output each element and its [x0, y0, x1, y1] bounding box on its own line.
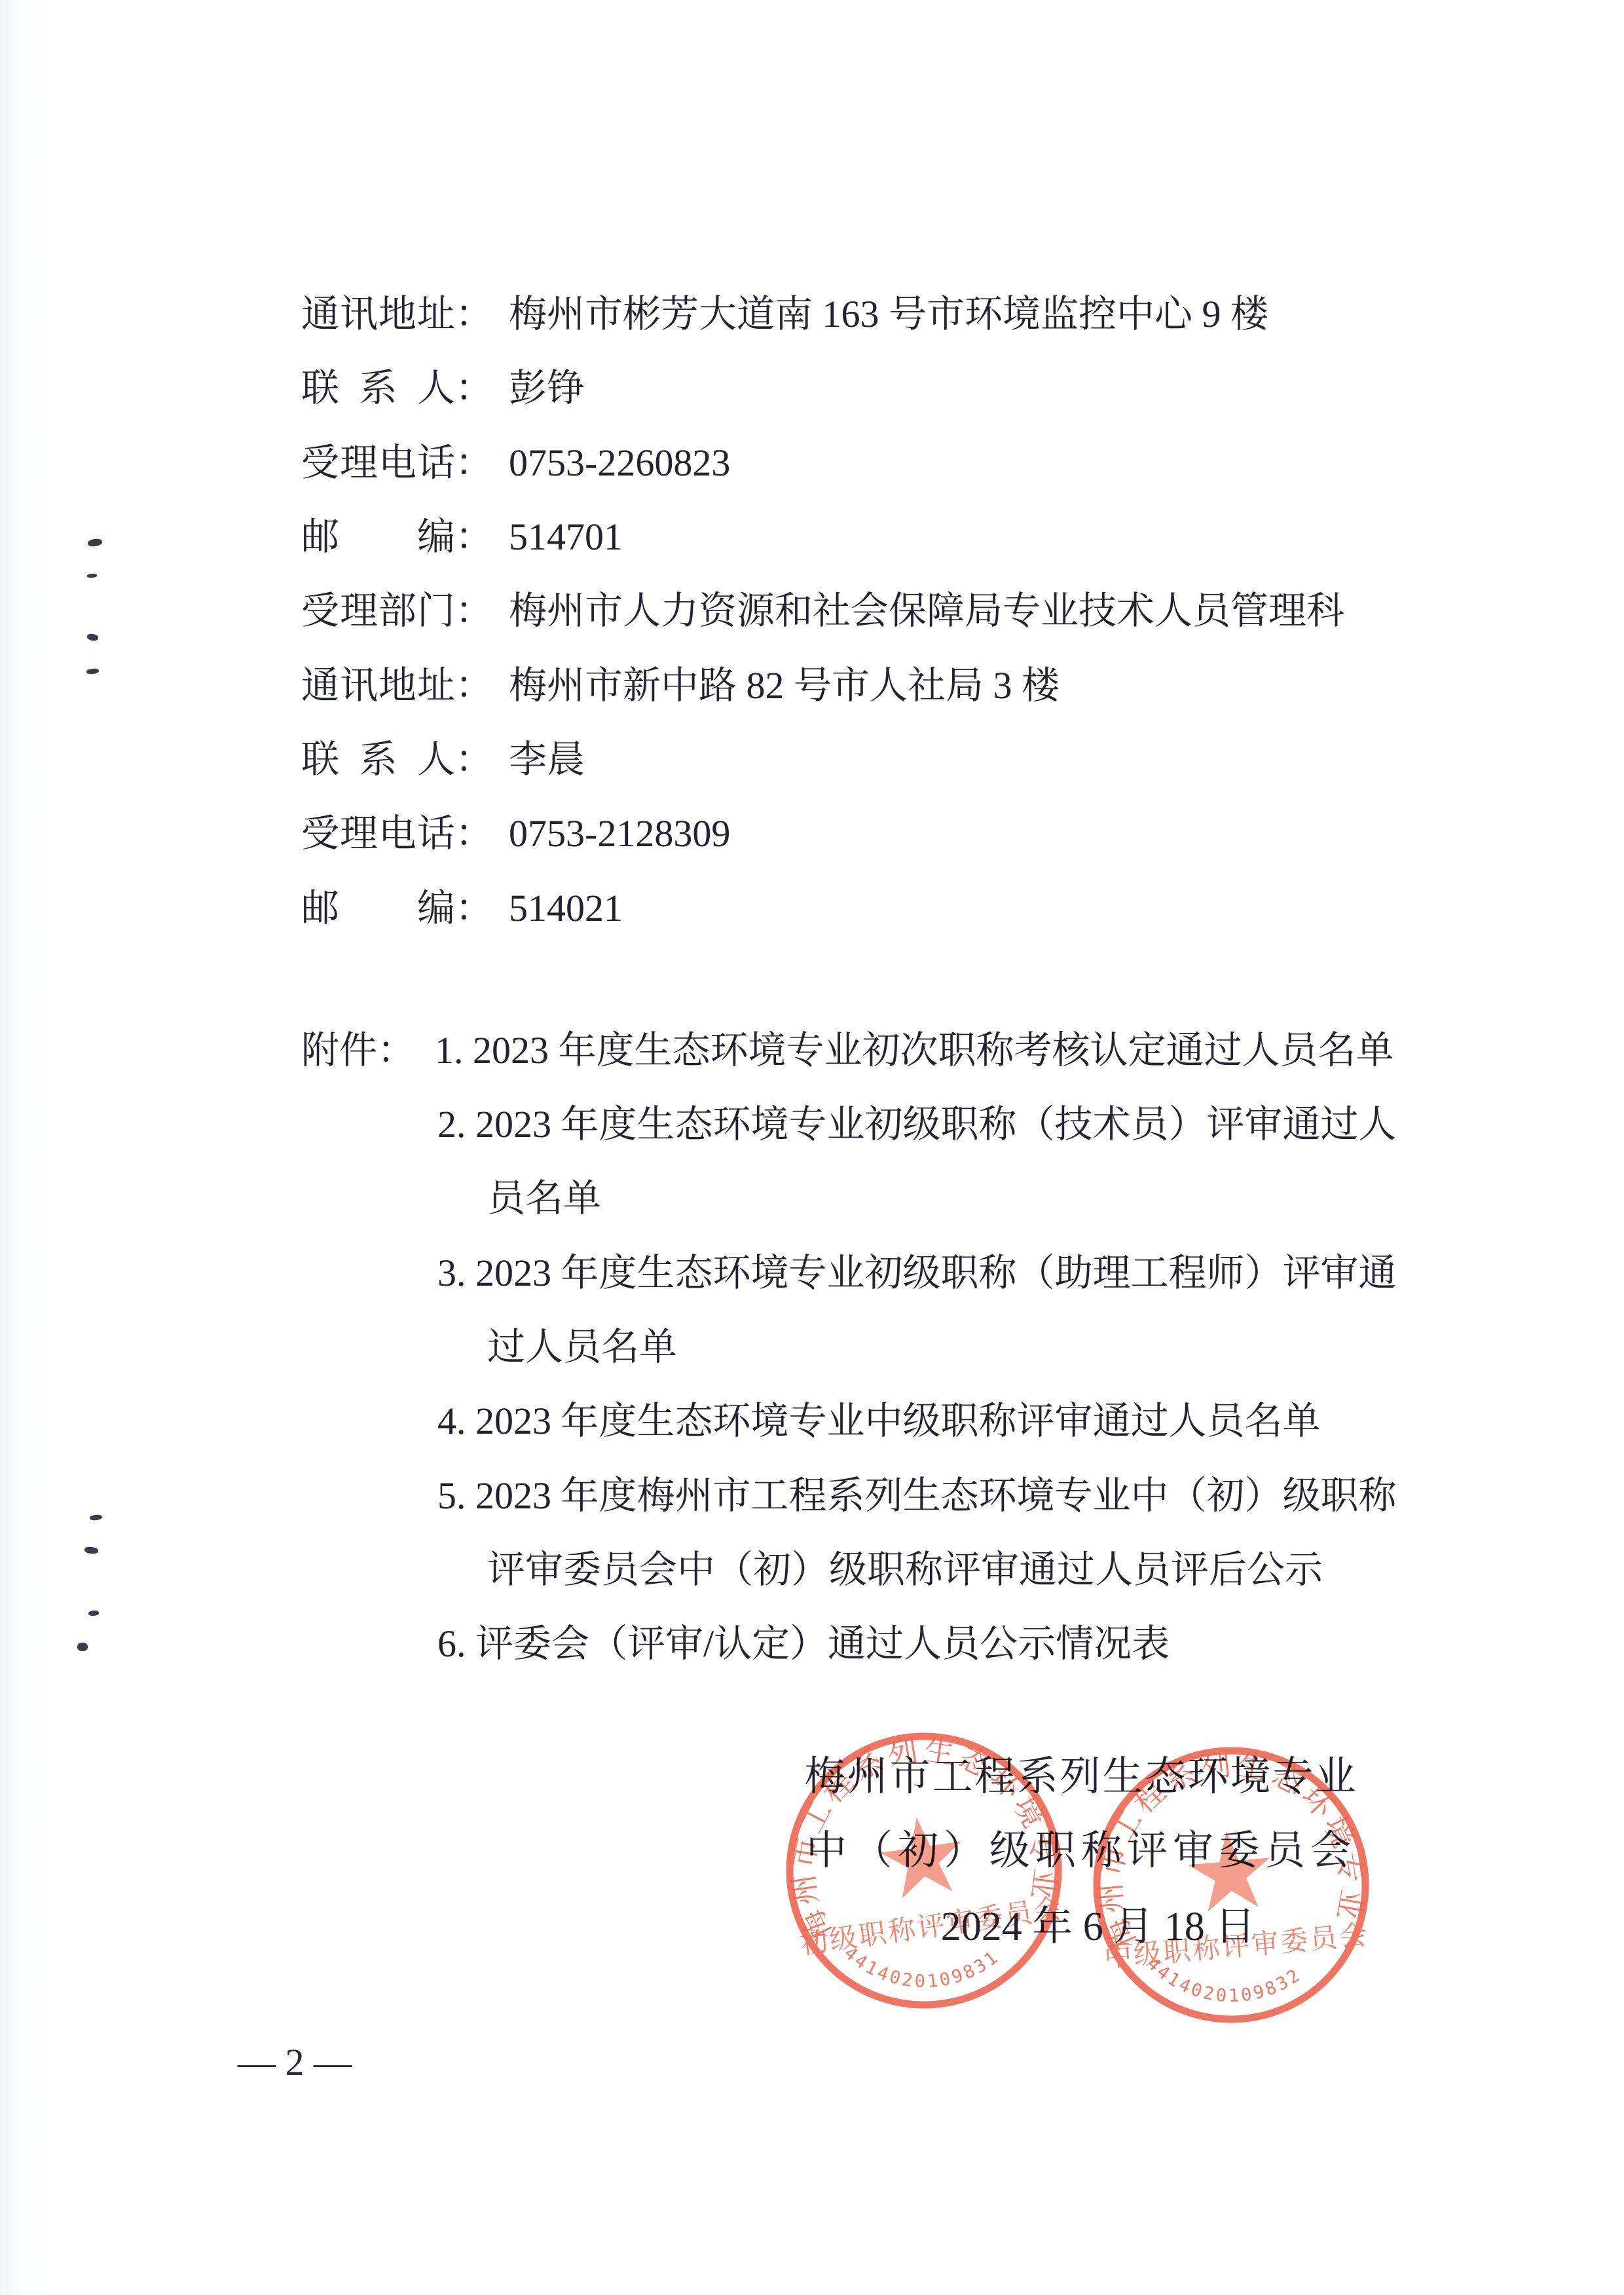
contact-label: 邮编 [301, 517, 455, 557]
attachment-item: 6. 评委会（评审/认定）通过人员公示情况表 [437, 1624, 1170, 1664]
label-colon: ： [455, 443, 492, 483]
scan-speck [88, 1610, 100, 1616]
contact-value: 514701 [509, 515, 623, 558]
scan-speck [86, 633, 98, 642]
attachment-line: 评审委员会中（初）级职称评审通过人员评后公示 [0, 1550, 1624, 1590]
attachment-item: 3. 2023 年度生态环境专业初级职称（助理工程师）评审通 [437, 1254, 1397, 1293]
contact-label: 联系人 [301, 740, 455, 779]
attachment-line: 3. 2023 年度生态环境专业初级职称（助理工程师）评审通 [0, 1254, 1624, 1293]
contact-label: 受理部门 [301, 591, 455, 631]
contact-line: 邮编：514021 [301, 889, 623, 928]
contact-line: 受理部门：梅州市人力资源和社会保障局专业技术人员管理科 [301, 591, 1344, 631]
label-colon: ： [455, 517, 492, 557]
attachments-first-line: 附件： 1. 2023 年度生态环境专业初次职称考核认定通过人员名单 [0, 1031, 1624, 1070]
contact-value: 李晨 [509, 738, 585, 781]
label-colon: ： [455, 295, 492, 334]
contact-line: 受理电话：0753-2128309 [301, 814, 730, 853]
contact-label: 通讯地址 [301, 295, 455, 334]
scan-speck [90, 1514, 103, 1521]
scan-speck [77, 1643, 88, 1652]
attachment-line: 2. 2023 年度生态环境专业初级职称（技术员）评审通过人 [0, 1105, 1624, 1144]
contact-value: 梅州市人力资源和社会保障局专业技术人员管理科 [509, 589, 1344, 632]
contact-value: 514021 [509, 887, 623, 929]
attachment-line: 6. 评委会（评审/认定）通过人员公示情况表 [0, 1624, 1624, 1664]
contact-label: 邮编 [301, 889, 455, 928]
seal-committee-text: 初级职称评审委员会 [798, 1893, 1065, 1960]
contact-value: 梅州市新中路 82 号市人社局 3 楼 [509, 664, 1060, 707]
label-colon: ： [455, 889, 492, 928]
attachment-item: 1. 2023 年度生态环境专业初次职称考核认定通过人员名单 [435, 1031, 1394, 1070]
scan-speck [87, 538, 102, 548]
attachments-label: 附件： [301, 1031, 415, 1070]
label-colon: ： [455, 591, 492, 631]
attachment-line: 过人员名单 [0, 1328, 1624, 1367]
scan-speck [87, 573, 97, 578]
label-colon: ： [455, 814, 492, 853]
official-seal-junior-committee: 梅州市工程系列生态环境专业 初级职称评审委员会 4414020109831 [750, 1697, 1098, 2045]
contact-line: 通讯地址：梅州市新中路 82 号市人社局 3 楼 [301, 666, 1060, 705]
attachment-line: 4. 2023 年度生态环境专业中级职称评审通过人员名单 [0, 1402, 1624, 1441]
seal-committee-text: 中级职称评审委员会 [1103, 1920, 1370, 1973]
official-seal-intermediate-committee: 梅州市工程系列生态环境专业 中级职称评审委员会 4414020109832 [1064, 1718, 1397, 2051]
contact-label: 受理电话 [301, 443, 455, 483]
contact-value: 梅州市彬芳大道南 163 号市环境监控中心 9 楼 [509, 293, 1268, 335]
scan-speck [86, 668, 100, 675]
seal-star-icon [1185, 1828, 1274, 1913]
contact-line: 受理电话：0753-2260823 [301, 443, 730, 483]
attachment-line: 5. 2023 年度梅州市工程系列生态环境专业中（初）级职称 [0, 1476, 1624, 1516]
contact-line: 邮编：514701 [301, 517, 623, 557]
attachment-item-continuation: 过人员名单 [487, 1328, 677, 1367]
seal-star-icon [876, 1812, 968, 1901]
contact-value: 0753-2260823 [509, 441, 730, 484]
scanned-document-page: 通讯地址：梅州市彬芳大道南 163 号市环境监控中心 9 楼 联系人：彭铮 受理… [0, 0, 1624, 2295]
contact-line: 联系人：李晨 [301, 740, 585, 779]
contact-line: 通讯地址：梅州市彬芳大道南 163 号市环境监控中心 9 楼 [301, 295, 1268, 334]
attachment-item-continuation: 员名单 [487, 1179, 601, 1218]
attachment-item: 2. 2023 年度生态环境专业初级职称（技术员）评审通过人 [437, 1105, 1397, 1144]
page-number: — 2 — [219, 2042, 370, 2083]
attachment-item: 4. 2023 年度生态环境专业中级职称评审通过人员名单 [437, 1402, 1321, 1441]
contact-value: 彭铮 [509, 367, 585, 409]
contact-label: 联系人 [301, 369, 455, 408]
contact-label: 受理电话 [301, 814, 455, 853]
label-colon: ： [455, 740, 492, 779]
attachment-item-continuation: 评审委员会中（初）级职称评审通过人员评后公示 [487, 1550, 1323, 1590]
label-colon: ： [455, 666, 492, 705]
contact-line: 联系人：彭铮 [301, 369, 585, 408]
attachment-line: 员名单 [0, 1179, 1624, 1218]
label-colon: ： [455, 369, 492, 408]
attachment-item: 5. 2023 年度梅州市工程系列生态环境专业中（初）级职称 [437, 1476, 1397, 1516]
contact-value: 0753-2128309 [509, 812, 730, 855]
contact-label: 通讯地址 [301, 666, 455, 705]
